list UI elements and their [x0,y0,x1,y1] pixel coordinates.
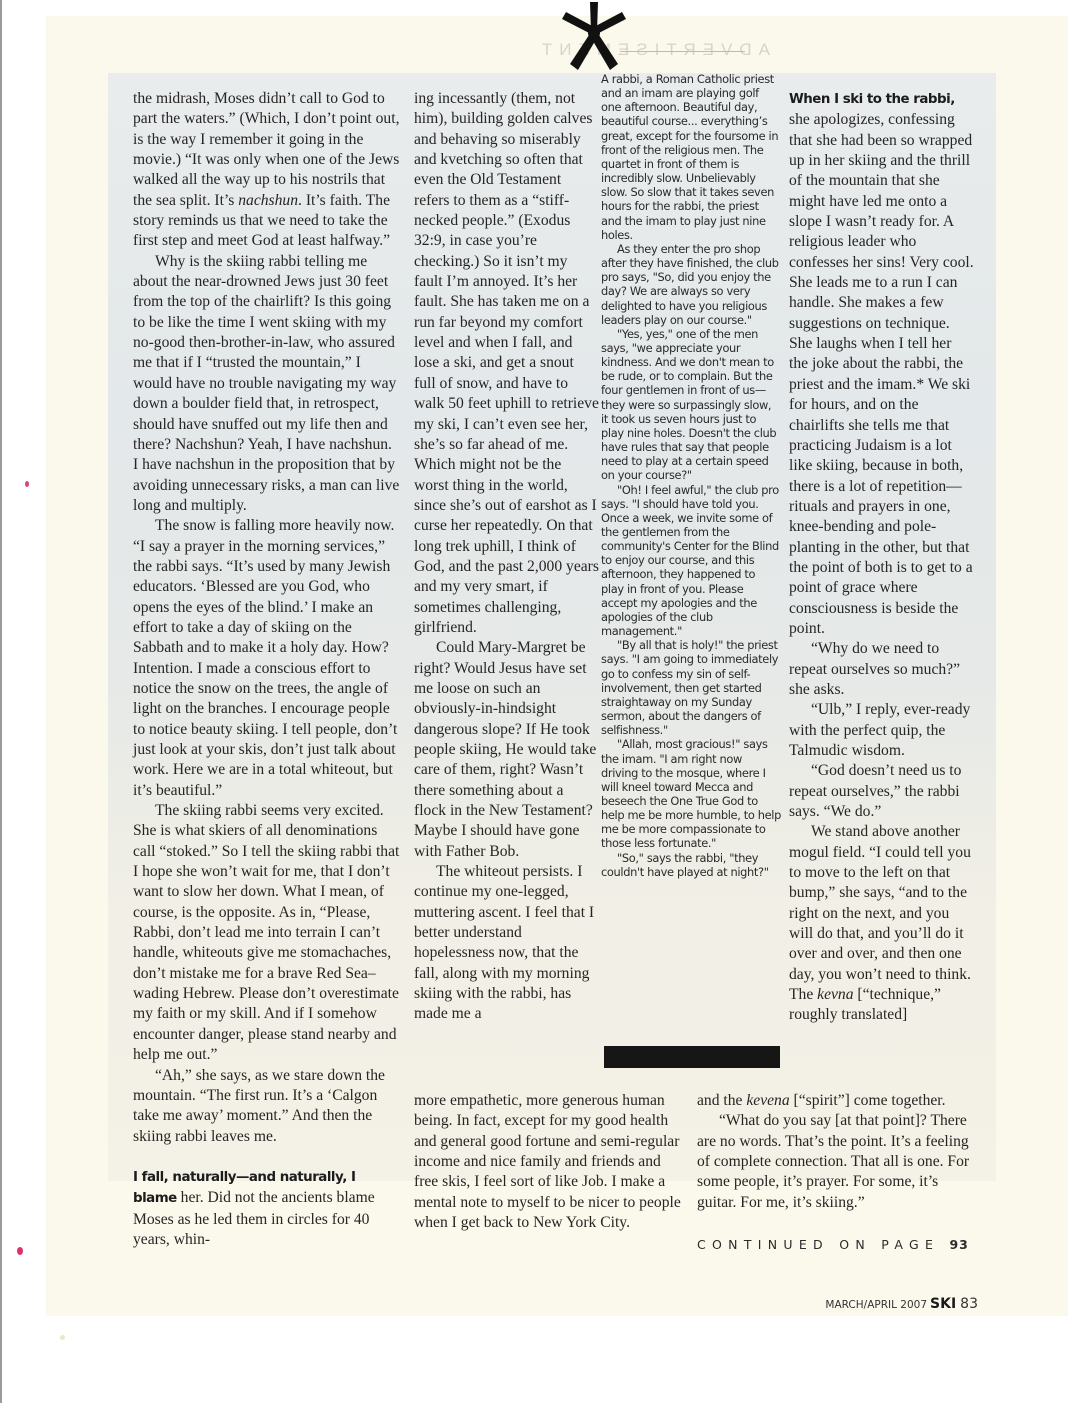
paragraph: The whiteout persists. I continue my one… [414,862,599,1025]
joke-paragraph: A rabbi, a Roman Catholic priest and an … [601,72,781,242]
page-folio: MARCH/APRIL 2007SKI83 [778,1296,978,1312]
asterisk-icon [560,2,628,74]
paragraph: more empathetic, more generous human bei… [414,1091,684,1233]
page-number: 83 [960,1296,978,1312]
joke-paragraph: As they enter the pro shop after they ha… [601,242,781,327]
paragraph: The snow is falling more heavily now. “I… [133,516,401,801]
joke-paragraph: "Allah, most gracious!" says the imam. "… [601,737,781,850]
paragraph: Could Mary-Margret be right? Would Jesus… [414,638,599,862]
paragraph: The skiing rabbi seems very excited. She… [133,801,401,1065]
paragraph: ing incessantly (them, not him), buildin… [414,89,599,638]
section-lead-paragraph: When I ski to the rabbi, she apologizes,… [789,89,974,639]
paragraph: Why is the skiing rabbi telling me about… [133,252,401,516]
continued-on-page: CONTINUED ON PAGE 93 [697,1237,977,1252]
italic-term: nachshun [238,192,298,209]
scan-speck [60,1335,65,1340]
article-column-2-wide-continuation: more empathetic, more generous human bei… [414,1091,684,1233]
issue-date: MARCH/APRIL 2007 [825,1299,927,1311]
article-column-2: ing incessantly (them, not him), buildin… [414,89,599,1025]
continued-page-number: 93 [949,1237,968,1252]
article-column-1: the midrash, Moses didn’t call to God to… [133,89,401,1250]
paragraph: “Why do we need to repeat ourselves so m… [789,639,974,700]
paragraph: “God doesn’t need us to repeat ourselves… [789,761,974,822]
magazine-name: SKI [930,1296,956,1312]
joke-paragraph: "By all that is holy!" the priest says. … [601,638,781,737]
italic-term: kevna [817,986,853,1003]
paragraph: We stand above another mogul field. “I c… [789,822,974,1025]
section-lead-paragraph: I fall, naturally—and naturally, I blame… [133,1167,401,1250]
scan-speck [17,1247,23,1255]
joke-paragraph: "Oh! I feel awful," the club pro says. "… [601,483,781,639]
paragraph: “Ah,” she says, as we stare down the mou… [133,1066,401,1147]
paragraph: the midrash, Moses didn’t call to God to… [133,89,401,252]
joke-paragraph: "Yes, yes," one of the men says, "we app… [601,327,781,483]
italic-term: kevena [746,1092,789,1109]
sidebar-joke: A rabbi, a Roman Catholic priest and an … [601,72,781,879]
scan-page-edge [0,0,2,1403]
article-column-4-wide-continuation: and the kevena [“spirit”] come together.… [697,1091,977,1213]
continued-label: CONTINUED ON PAGE [697,1237,939,1252]
joke-paragraph: "So," says the rabbi, "they couldn't hav… [601,851,781,879]
scan-speck [25,481,29,487]
section-subhead: When I ski to the rabbi, [789,92,955,107]
redaction-bar [604,1046,780,1068]
paragraph: “What do you say [at that point]? There … [697,1111,977,1213]
article-column-4: When I ski to the rabbi, she apologizes,… [789,89,974,1026]
paragraph: “Ulb,” I reply, ever-ready with the perf… [789,700,974,761]
advertisement-rule [620,51,745,52]
paragraph: and the kevena [“spirit”] come together. [697,1091,977,1111]
